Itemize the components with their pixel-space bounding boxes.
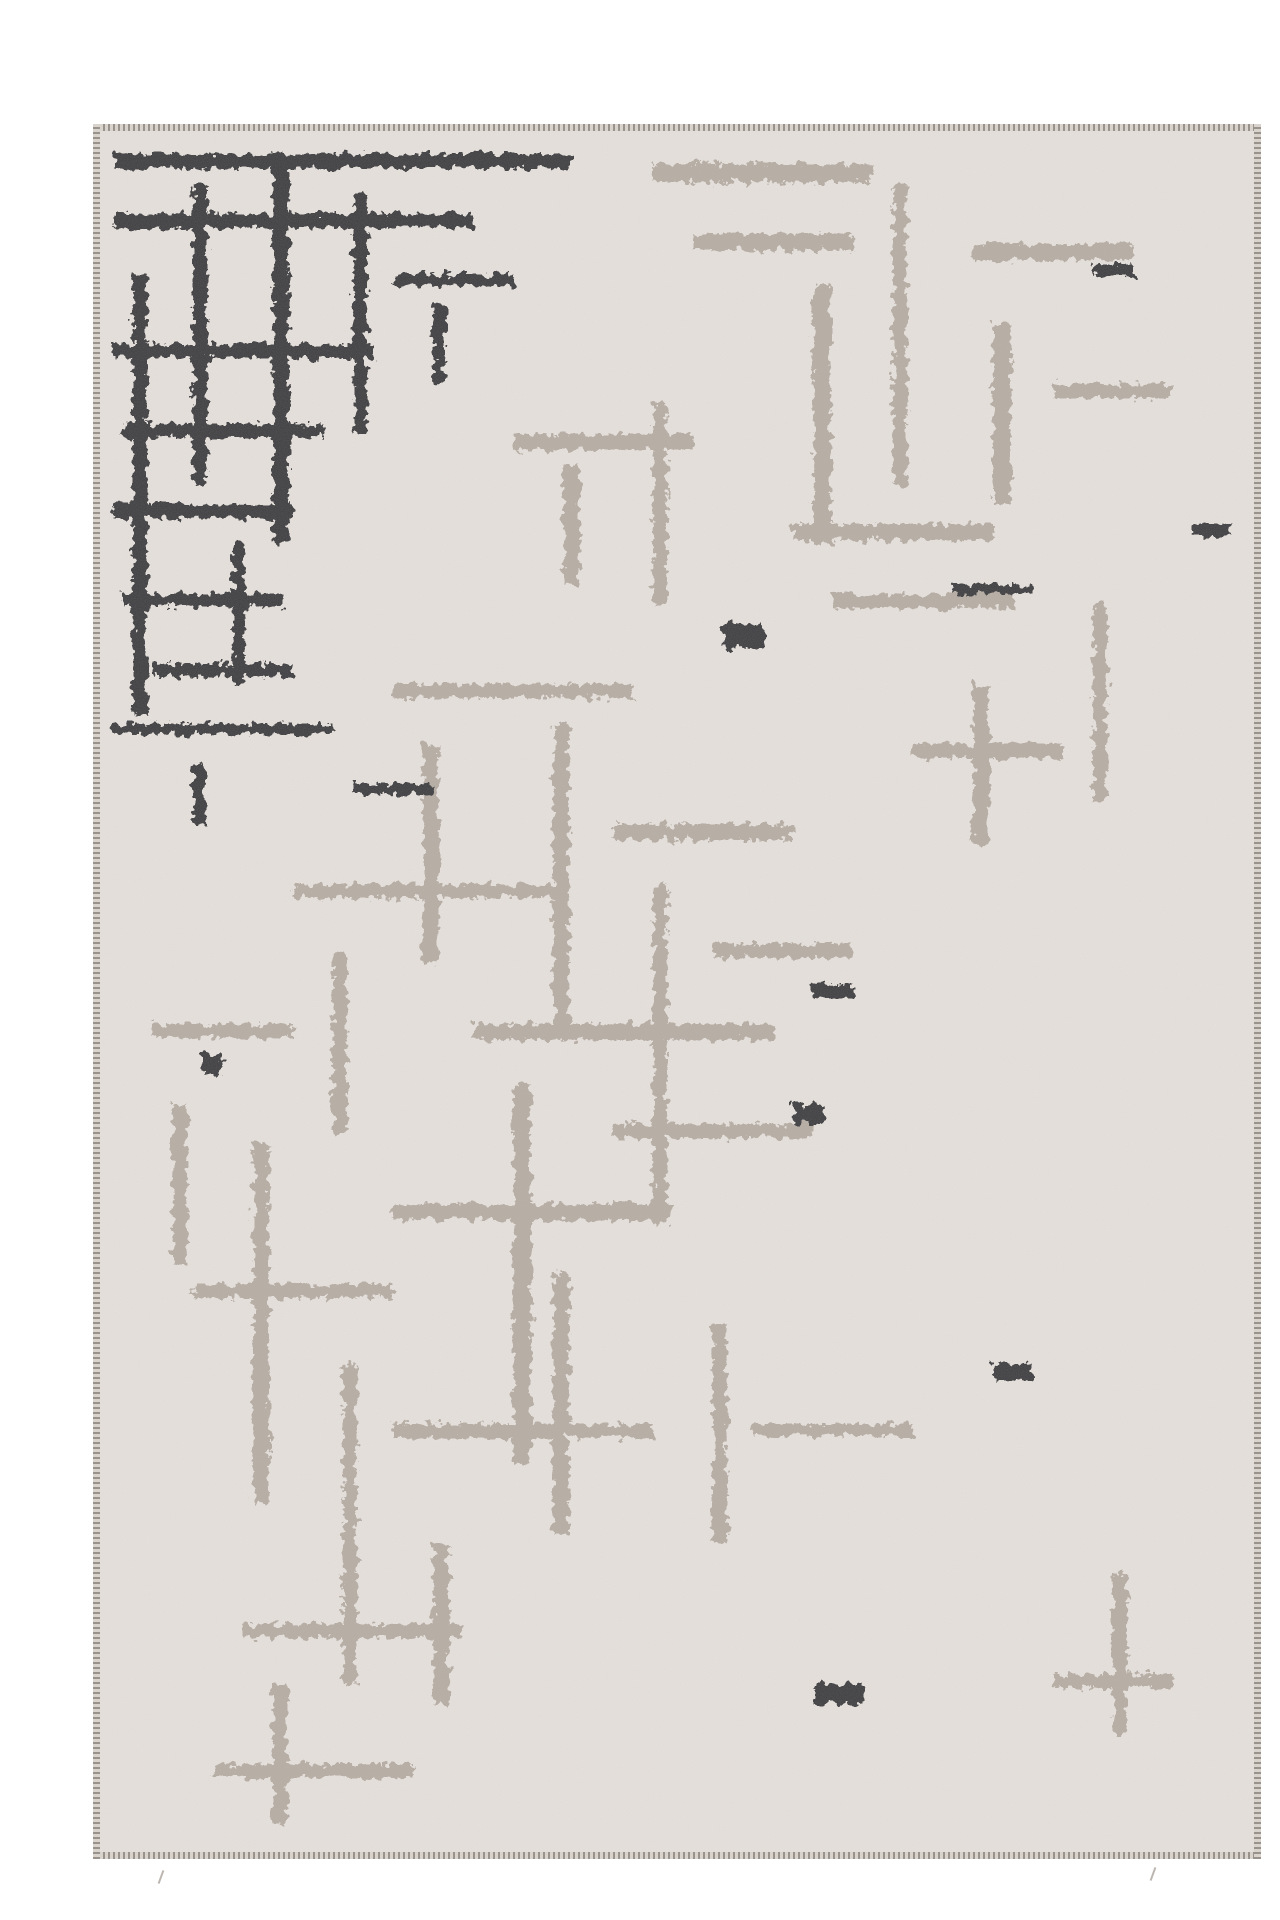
stray-mark [1150, 1867, 1157, 1881]
stray-mark [158, 1870, 165, 1884]
rug-pattern [93, 124, 1261, 1859]
rug [93, 124, 1261, 1859]
rug-binding-bottom [93, 1852, 1261, 1859]
rug-binding-left [93, 124, 100, 1859]
rug-binding-top [93, 124, 1261, 131]
rug-binding-right [1254, 124, 1261, 1859]
